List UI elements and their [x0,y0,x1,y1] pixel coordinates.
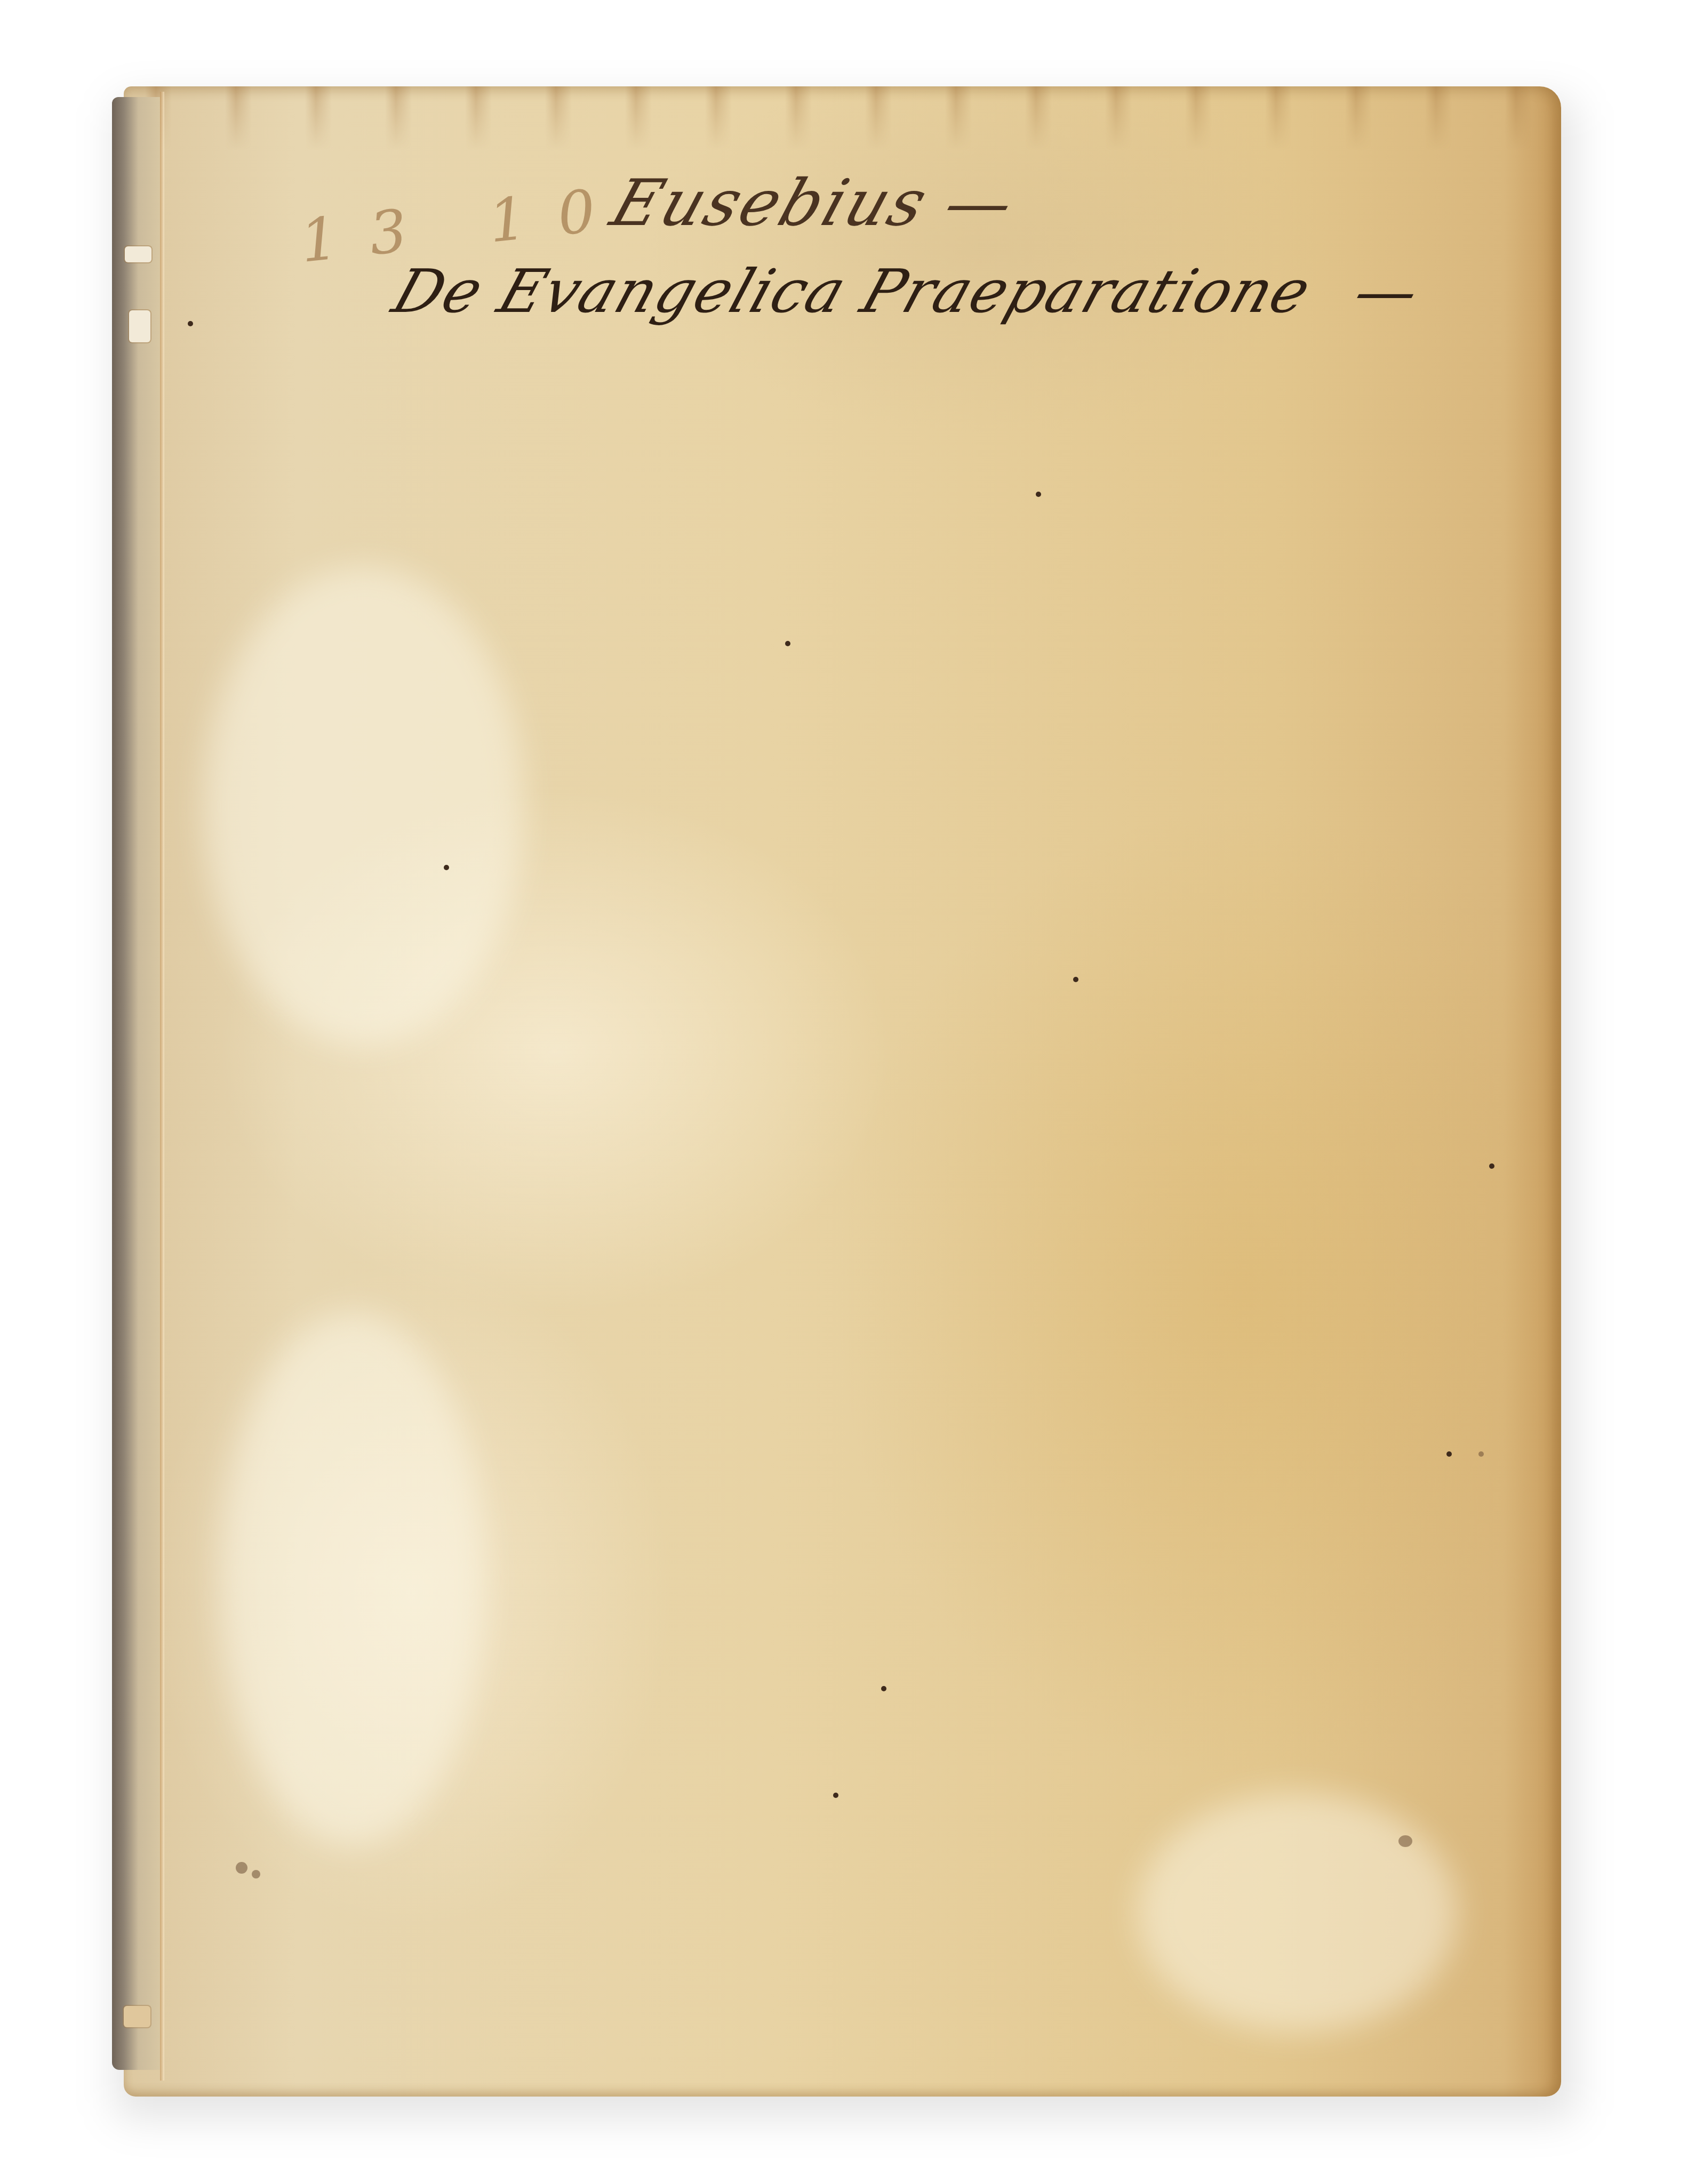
title-work: De Evangelica Praeparatione— [385,257,1429,326]
stain-blot [252,1870,260,1878]
ink-speck [188,321,193,326]
photo-scene: 13 10 Eusebius— De Evangelica Praeparati… [0,0,1703,2184]
author-name: Eusebius [602,166,938,240]
stain-blot [1478,1451,1484,1457]
stain-blot [1398,1835,1412,1847]
ink-speck [1036,492,1041,497]
author-dash: — [935,166,1025,240]
ink-speck [444,865,449,870]
work-name: De Evangelica Praeparatione [385,257,1320,326]
ink-speck [881,1686,886,1691]
ink-speck [1446,1451,1452,1457]
ink-speck [1073,977,1078,982]
vellum-book-cover: 13 10 Eusebius— De Evangelica Praeparati… [124,86,1561,2097]
work-dash: — [1346,257,1429,326]
stain-blot [236,1862,247,1874]
ink-speck [785,641,790,646]
ink-speck [1489,1163,1494,1169]
manuscript-title: Eusebius— De Evangelica Praeparatione— [124,86,1561,2097]
ink-speck [833,1793,838,1798]
title-author: Eusebius— [602,166,1025,240]
